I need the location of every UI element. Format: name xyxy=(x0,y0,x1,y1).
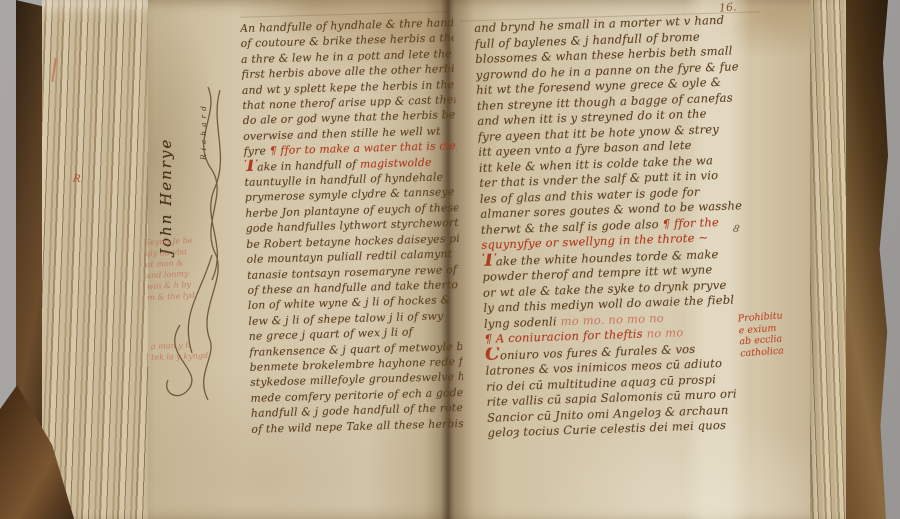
manuscript-photo: John Henrye Richard Seyng Je beqly ab vb… xyxy=(0,0,900,519)
left-page-edge-stack xyxy=(42,0,158,519)
right-binding-leather xyxy=(846,0,888,519)
note-line: tek la y kyngd xyxy=(151,350,208,363)
faded-red-marginal-note-lower: a man y htek la y kyngd xyxy=(151,339,209,363)
faded-red-marginal-note-upper: Seyng Je beqly ab vbaat mon &and lonmywi… xyxy=(144,235,195,303)
right-page-text-block: and brynd he small in a morter wt v hand… xyxy=(474,12,756,441)
signature-small-vertical: Richard xyxy=(199,30,208,160)
signature-john-henrye: John Henrye xyxy=(157,60,175,255)
edge-red-letter-mark: R. xyxy=(72,173,84,185)
left-page-text-block: An handfulle of hyndhale & thre handfull… xyxy=(240,15,465,437)
